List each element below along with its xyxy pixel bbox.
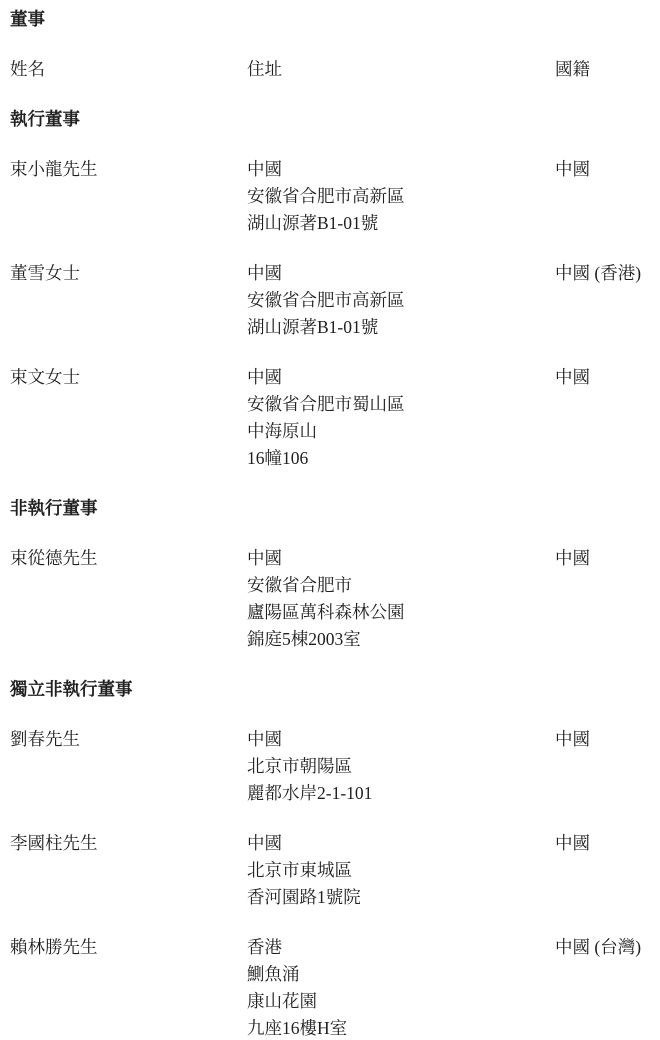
- director-nationality: 中國: [555, 830, 654, 857]
- column-header-address: 住址: [247, 56, 555, 83]
- table-header-row: 姓名 住址 國籍: [10, 56, 654, 83]
- director-name: 束從德先生: [10, 545, 247, 572]
- director-address: 中國 北京市朝陽區 麗都水岸2-1-101: [247, 726, 555, 807]
- address-line: 香港: [247, 934, 555, 961]
- director-nationality: 中國: [555, 364, 654, 391]
- address-line: 中國: [247, 260, 555, 287]
- address-line: 中國: [247, 726, 555, 753]
- director-address: 中國 安徽省合肥市蜀山區 中海原山 16幢106: [247, 364, 555, 472]
- address-line: 中海原山: [247, 418, 555, 445]
- address-line: 中國: [247, 156, 555, 183]
- director-row: 賴林勝先生 香港 鰂魚涌 康山花園 九座16樓H室 中國 (台灣): [10, 934, 654, 1040]
- page-title: 董事: [10, 6, 654, 33]
- address-line: 安徽省合肥市蜀山區: [247, 391, 555, 418]
- director-name: 劉春先生: [10, 726, 247, 753]
- address-line: 安徽省合肥市: [247, 572, 555, 599]
- address-line: 香河園路1號院: [247, 884, 555, 911]
- director-row: 束小龍先生 中國 安徽省合肥市高新區 湖山源著B1-01號 中國: [10, 156, 654, 237]
- address-line: 16幢106: [247, 445, 555, 472]
- address-line: 鰂魚涌: [247, 961, 555, 988]
- address-line: 康山花園: [247, 988, 555, 1015]
- director-name: 束小龍先生: [10, 156, 247, 183]
- address-line: 麗都水岸2-1-101: [247, 780, 555, 807]
- section-heading-executive-directors: 執行董事: [10, 106, 654, 133]
- address-line: 中國: [247, 545, 555, 572]
- director-name: 董雪女士: [10, 260, 247, 287]
- director-row: 李國柱先生 中國 北京市東城區 香河園路1號院 中國: [10, 830, 654, 911]
- address-line: 廬陽區萬科森林公園: [247, 599, 555, 626]
- director-row: 劉春先生 中國 北京市朝陽區 麗都水岸2-1-101 中國: [10, 726, 654, 807]
- address-line: 中國: [247, 830, 555, 857]
- address-line: 九座16樓H室: [247, 1015, 555, 1040]
- address-line: 湖山源著B1-01號: [247, 210, 555, 237]
- column-header-name: 姓名: [10, 56, 247, 83]
- director-name: 李國柱先生: [10, 830, 247, 857]
- director-name: 束文女士: [10, 364, 247, 391]
- address-line: 北京市東城區: [247, 857, 555, 884]
- director-row: 束文女士 中國 安徽省合肥市蜀山區 中海原山 16幢106 中國: [10, 364, 654, 472]
- section-heading-non-executive-directors: 非執行董事: [10, 495, 654, 522]
- address-line: 安徽省合肥市高新區: [247, 287, 555, 314]
- director-address: 香港 鰂魚涌 康山花園 九座16樓H室: [247, 934, 555, 1040]
- address-line: 中國: [247, 364, 555, 391]
- director-nationality: 中國 (台灣): [555, 934, 654, 961]
- director-address: 中國 安徽省合肥市 廬陽區萬科森林公園 錦庭5棟2003室: [247, 545, 555, 653]
- address-line: 錦庭5棟2003室: [247, 626, 555, 653]
- address-line: 北京市朝陽區: [247, 753, 555, 780]
- directors-page: 董事 姓名 住址 國籍 執行董事 束小龍先生 中國 安徽省合肥市高新區 湖山源著…: [0, 0, 660, 1040]
- director-nationality: 中國: [555, 545, 654, 572]
- director-nationality: 中國: [555, 156, 654, 183]
- director-nationality: 中國: [555, 726, 654, 753]
- director-address: 中國 北京市東城區 香河園路1號院: [247, 830, 555, 911]
- section-heading-independent-non-executive-directors: 獨立非執行董事: [10, 676, 654, 703]
- column-header-nationality: 國籍: [555, 56, 654, 83]
- address-line: 湖山源著B1-01號: [247, 314, 555, 341]
- address-line: 安徽省合肥市高新區: [247, 183, 555, 210]
- director-row: 束從德先生 中國 安徽省合肥市 廬陽區萬科森林公園 錦庭5棟2003室 中國: [10, 545, 654, 653]
- director-address: 中國 安徽省合肥市高新區 湖山源著B1-01號: [247, 260, 555, 341]
- director-address: 中國 安徽省合肥市高新區 湖山源著B1-01號: [247, 156, 555, 237]
- director-row: 董雪女士 中國 安徽省合肥市高新區 湖山源著B1-01號 中國 (香港): [10, 260, 654, 341]
- director-name: 賴林勝先生: [10, 934, 247, 961]
- director-nationality: 中國 (香港): [555, 260, 654, 287]
